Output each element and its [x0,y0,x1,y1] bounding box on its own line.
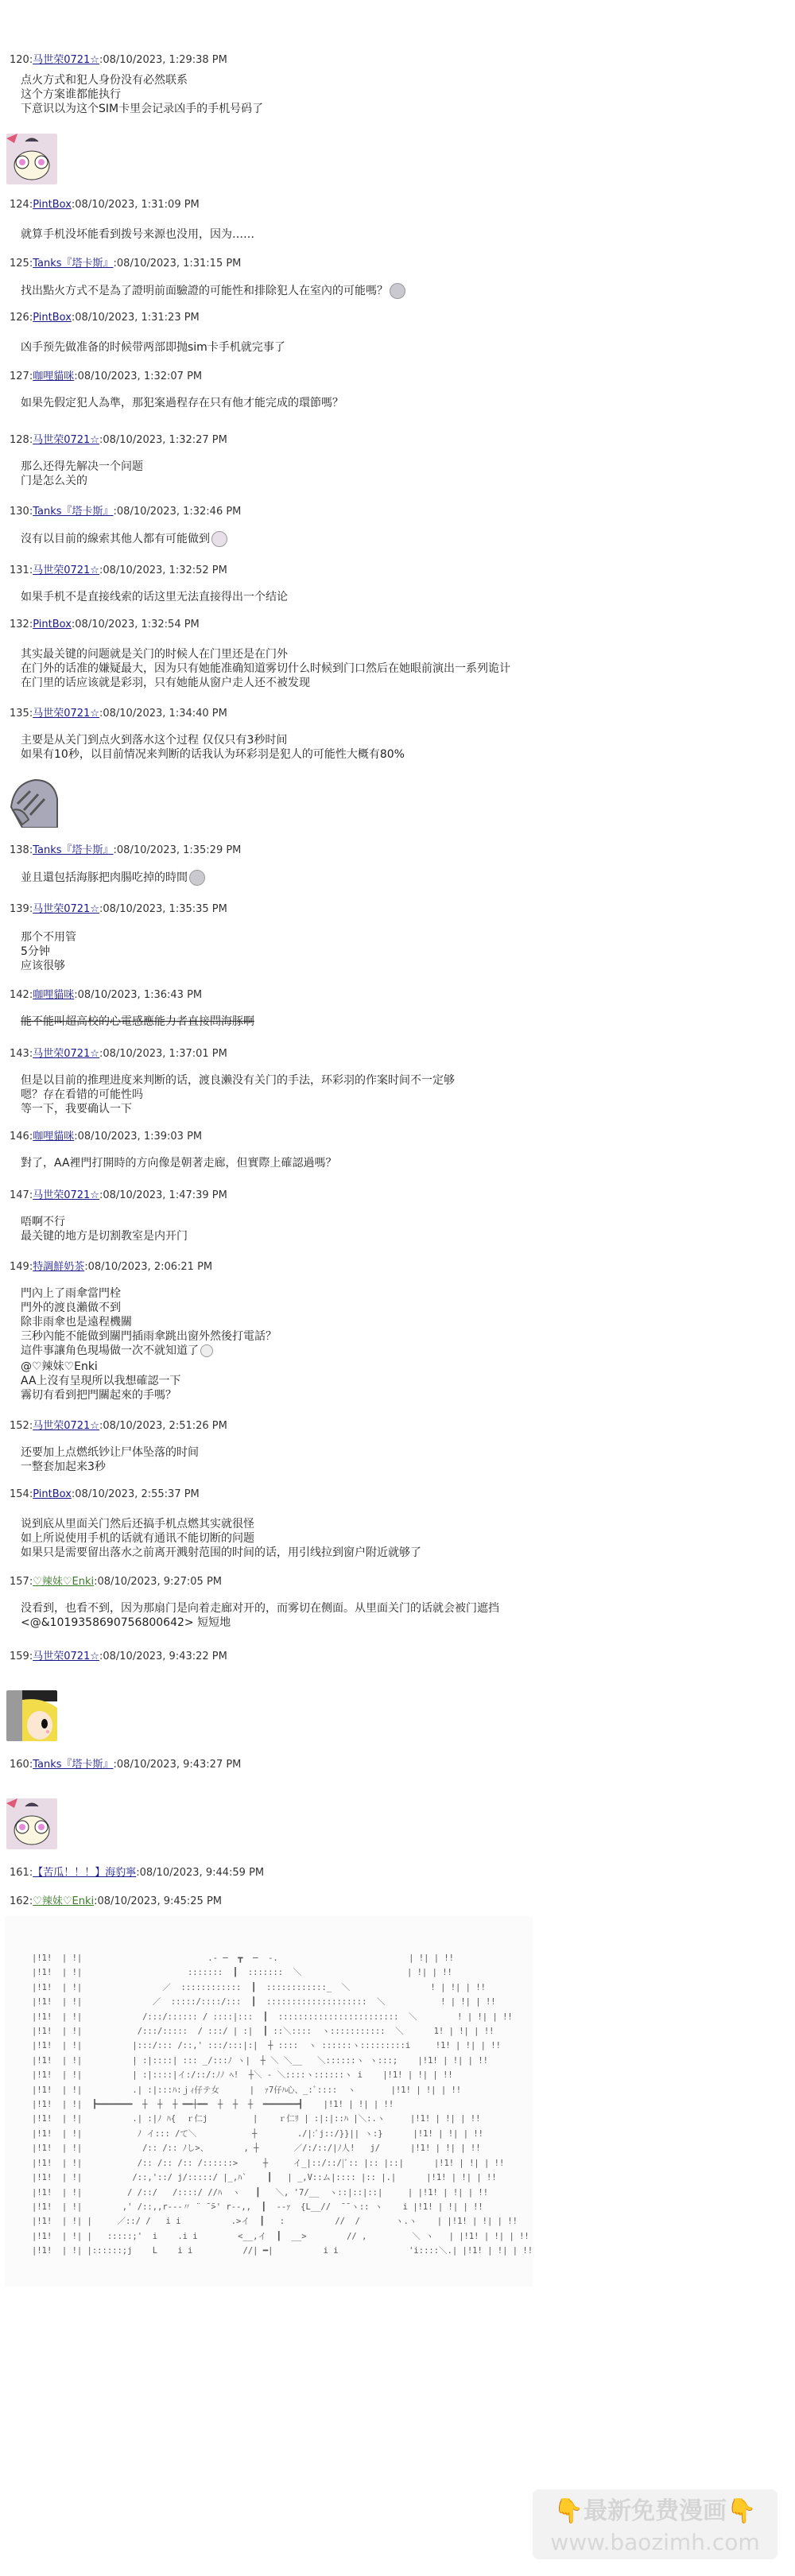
post-body: 如果手机不是直接线索的话这里无法直接得出一个结论 [21,590,288,604]
post-body: 那么还得先解决一个问题 门是怎么关的 [21,460,143,488]
post-header: 125:Tanks『塔卡斯』:08/10/2023, 1:31:15 PM [10,254,241,270]
pointing-down-hand-icon: 👇 [554,2497,584,2525]
username-link[interactable]: 马世荣0721☆ [33,903,99,915]
post-header: 157:♡辣妹♡Enki:08/10/2023, 9:27:05 PM [10,1573,222,1588]
username-link[interactable]: 马世荣0721☆ [33,1048,99,1060]
post-body: 找出點火方式不是為了證明前面驗證的可能性和排除犯人在室內的可能嗎？ [21,283,405,299]
post-header: 142:咖哩貓咪:08/10/2023, 1:36:43 PM [10,986,202,1001]
post-header: 135:马世荣0721☆:08/10/2023, 1:34:40 PM [10,704,227,720]
post-header: 159:马世荣0721☆:08/10/2023, 9:43:22 PM [10,1647,227,1662]
post-header: 127:咖哩貓咪:08/10/2023, 1:32:07 PM [10,367,202,382]
username-link[interactable]: 马世荣0721☆ [33,1420,99,1432]
facepalm-emote-icon [189,870,205,886]
post-header: 120:马世荣0721☆:08/10/2023, 1:29:38 PM [10,51,227,66]
post-header: 130:Tanks『塔卡斯』:08/10/2023, 1:32:46 PM [10,502,241,518]
post-body: 说到底从里面关门然后还搞手机点燃其实就很怪 如上所说使用手机的话就有通讯不能切断… [21,1517,421,1560]
pink-hair-girl-icon [6,134,57,184]
facepalm-emote-icon [390,283,405,299]
post-header: 132:PintBox:08/10/2023, 1:32:54 PM [10,619,200,630]
post-body: 並且還包括海豚把肉腸吃掉的時間 [21,870,205,886]
post-body: 但是以目前的推理进度来判断的话，渡良濑没有关门的手法，环彩羽的作案时间不一定够 … [21,1073,455,1116]
post-header: 146:咖哩貓咪:08/10/2023, 1:39:03 PM [10,1127,202,1143]
post-header: 138:Tanks『塔卡斯』:08/10/2023, 1:35:29 PM [10,841,241,856]
facepalm-hand-icon [6,775,59,828]
watermark-banner[interactable]: 👇最新免费漫画👇 www.baozimh.com [533,2489,778,2559]
username-link[interactable]: Tanks『塔卡斯』 [33,844,113,856]
post-header: 126:PintBox:08/10/2023, 1:31:23 PM [10,312,200,324]
username-link[interactable]: 马世荣0721☆ [33,564,99,576]
post-header: 152:马世荣0721☆:08/10/2023, 2:51:26 PM [10,1417,227,1432]
pink-hair-girl-shocked-sticker [6,1798,57,1849]
username-link[interactable]: PintBox [33,1488,72,1500]
post-body: 就算手机没坏能看到拨号来源也没用，因为…… [21,227,254,242]
post-body: 對了，AA裡門打開時的方向像是朝著走廊，但實際上確認過嗎？ [21,1156,337,1170]
username-link[interactable]: 特調鮮奶茶 [33,1261,84,1273]
watermark-title: 👇最新免费漫画👇 [533,2494,778,2529]
post-body: 唔啊不行 最关键的地方是切割教室是内开门 [21,1215,188,1243]
username-link[interactable]: Tanks『塔卡斯』 [33,506,113,518]
post-body-mention: @♡辣妹♡Enki AA上沒有呈現所以我想確認一下 霧切有看到把門關起來的手嗎？ [21,1360,181,1402]
post-header: 161:【苦瓜！！！】海豹寧:08/10/2023, 9:44:59 PM [10,1864,264,1879]
post-header: 154:PintBox:08/10/2023, 2:55:37 PM [10,1488,200,1500]
ascii-art: |!1! | !| .- ─ ┳ ─ -. | !| | !! |!1! | !… [32,1951,533,2259]
username-link[interactable]: 马世荣0721☆ [33,1651,99,1662]
ascii-art-block: |!1! | !| .- ─ ┳ ─ -. | !| | !! |!1! | !… [5,1916,533,2287]
post-header: 124:PintBox:08/10/2023, 1:31:09 PM [10,199,200,211]
post-body: 其实最关键的问题就是关门的时候人在门里还是在门外 在门外的话准的嫌疑最大，因为只… [21,647,510,690]
username-link[interactable]: ♡辣妹♡Enki [33,1895,94,1907]
post-header: 162:♡辣妹♡Enki:08/10/2023, 9:45:25 PM [10,1892,222,1907]
post-header: 147:马世荣0721☆:08/10/2023, 1:47:39 PM [10,1186,227,1201]
post-header: 131:马世荣0721☆:08/10/2023, 1:32:52 PM [10,561,227,576]
username-link[interactable]: PintBox [33,619,72,630]
pointing-down-hand-icon: 👇 [727,2497,756,2525]
post-body: 沒有以目前的線索其他人都有可能做到 [21,531,227,547]
post-header: 143:马世荣0721☆:08/10/2023, 1:37:01 PM [10,1045,227,1060]
post-body: 还要加上点燃纸钞让尸体坠落的时间 一整套加起来3秒 [21,1445,199,1474]
blonde-girl-peeking-sticker [6,1690,57,1741]
post-body: 凶手预先做准备的时候带两部即抛sim卡手机就完事了 [21,340,285,355]
gray-facepalm-hand-sticker [6,775,59,828]
pink-hair-girl-shocked-sticker [6,134,57,184]
username-link[interactable]: PintBox [33,312,72,324]
post-body: 主要是从关门到点火到落水这个过程 仅仅只有3秒时间 如果有10秒，以目前情况来判… [21,733,405,762]
username-link[interactable]: Tanks『塔卡斯』 [33,258,113,270]
smile-emote-icon [200,1344,213,1357]
watermark-url: www.baozimh.com [533,2529,778,2556]
username-link[interactable]: 马世荣0721☆ [33,54,99,66]
post-header: 160:Tanks『塔卡斯』:08/10/2023, 9:43:27 PM [10,1755,241,1771]
username-link[interactable]: 马世荣0721☆ [33,434,99,446]
post-body: 没看到，也看不到，因为那扇门是向着走廊对开的，而雾切在侧面。从里面关门的话就会被… [21,1601,499,1630]
username-link[interactable]: ♡辣妹♡Enki [33,1576,94,1588]
post-header: 139:马世荣0721☆:08/10/2023, 1:35:35 PM [10,900,227,915]
post-body: 点火方式和犯人身份没有必然联系 这个方案谁都能执行 下意识以为这个SIM卡里会记… [21,73,263,116]
pink-hair-girl-icon [6,1798,57,1849]
post-header: 128:马世荣0721☆:08/10/2023, 1:32:27 PM [10,431,227,446]
post-body: 門內上了雨傘當門栓 門外的渡良瀨做不到 除非雨傘也是遠程機關 三秒內能不能做到關… [21,1286,277,1358]
username-link[interactable]: 咖哩貓咪 [33,370,74,382]
username-link[interactable]: 【苦瓜！！！】海豹寧 [33,1867,136,1879]
post-body: 那个不用管 5分钟 应该很够 [21,930,76,973]
post-body-strikethrough: 能不能叫超高校的心電感應能力者直接問海豚啊 [21,1014,254,1029]
username-link[interactable]: 马世荣0721☆ [33,1189,99,1201]
username-link[interactable]: 咖哩貓咪 [33,989,74,1001]
username-link[interactable]: PintBox [33,199,72,211]
post-body: 如果先假定犯人為準，那犯案過程存在只有他才能完成的環節嗎？ [21,396,343,410]
username-link[interactable]: 马世荣0721☆ [33,708,99,720]
girl-emote-icon [211,531,227,547]
username-link[interactable]: Tanks『塔卡斯』 [33,1759,113,1771]
post-header: 149:特調鮮奶茶:08/10/2023, 2:06:21 PM [10,1258,212,1273]
username-link[interactable]: 咖哩貓咪 [33,1131,74,1143]
blonde-girl-icon [6,1690,57,1741]
